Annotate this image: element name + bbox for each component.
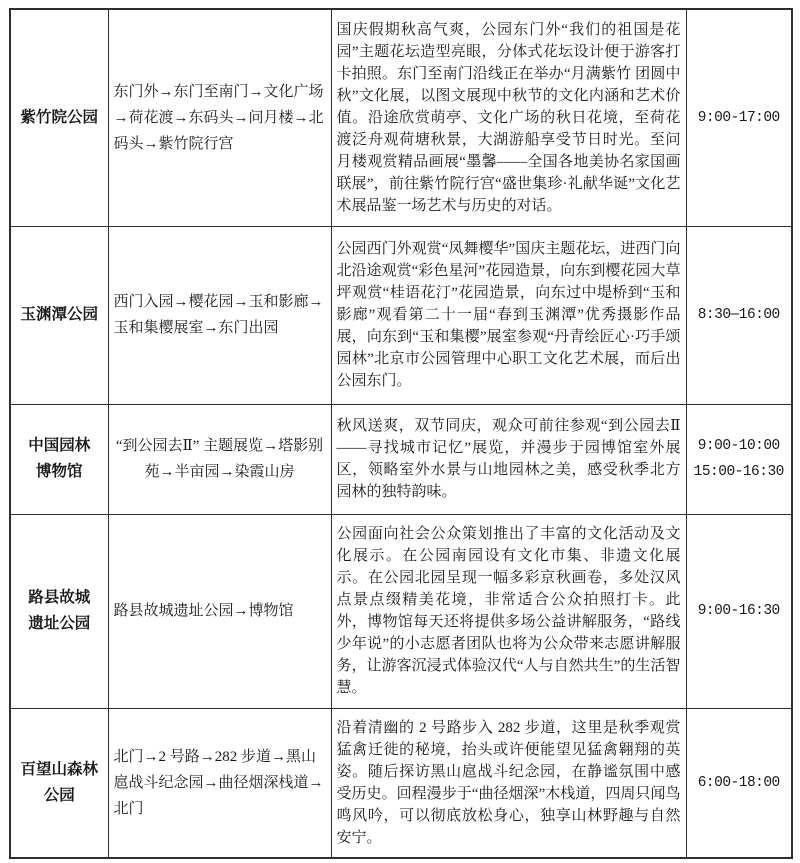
park-name-cell: 百望山森林 公园	[10, 708, 108, 858]
park-name-cell: 紫竹院公园	[10, 9, 108, 226]
table-row: 路县故城 遗址公园 路县故城遗址公园→博物馆 公园面向社会公众策划推出了丰富的文…	[10, 514, 792, 708]
park-name-cell: 中国园林 博物馆	[10, 404, 108, 514]
route-cell: 东门外→东门至南门→文化广场→荷花渡→东码头→问月楼→北码头→紫竹院行宫	[108, 9, 331, 226]
table-row: 百望山森林 公园 北门→2 号路→282 步道→黑山扈战斗纪念园→曲径烟深栈道→…	[10, 708, 792, 858]
park-name-cell: 路县故城 遗址公园	[10, 514, 108, 708]
table-row: 紫竹院公园 东门外→东门至南门→文化广场→荷花渡→东码头→问月楼→北码头→紫竹院…	[10, 9, 792, 226]
route-cell: “到公园去Ⅱ” 主题展览→塔影别苑→半亩园→染霞山房	[108, 404, 331, 514]
route-cell: 路县故城遗址公园→博物馆	[108, 514, 331, 708]
description-cell: 秋风送爽，双节同庆，观众可前往参观“到公园去Ⅱ——寻找城市记忆”展览，并漫步于园…	[331, 404, 686, 514]
parks-schedule-table: 紫竹院公园 东门外→东门至南门→文化广场→荷花渡→东码头→问月楼→北码头→紫竹院…	[9, 8, 793, 859]
time-cell: 9:00-10:00 15:00-16:30	[686, 404, 792, 514]
description-cell: 公园面向社会公众策划推出了丰富的文化活动及文化展示。在公园南园设有文化市集、非遗…	[331, 514, 686, 708]
description-cell: 公园西门外观赏“凤舞樱华”国庆主题花坛，进西门向北沿途观赏“彩色星河”花园造景，…	[331, 226, 686, 404]
route-cell: 西门入园→樱花园→玉和影廊→玉和集樱展室→东门出园	[108, 226, 331, 404]
description-cell: 国庆假期秋高气爽，公园东门外“我们的祖国是花园”主题花坛造型亮眼，分体式花坛设计…	[331, 9, 686, 226]
table-body: 紫竹院公园 东门外→东门至南门→文化广场→荷花渡→东码头→问月楼→北码头→紫竹院…	[10, 9, 792, 858]
time-cell: 9:00-17:00	[686, 9, 792, 226]
time-cell: 8:30—16:00	[686, 226, 792, 404]
time-cell: 6:00-18:00	[686, 708, 792, 858]
park-name-cell: 玉渊潭公园	[10, 226, 108, 404]
table-row: 玉渊潭公园 西门入园→樱花园→玉和影廊→玉和集樱展室→东门出园 公园西门外观赏“…	[10, 226, 792, 404]
table-row: 中国园林 博物馆 “到公园去Ⅱ” 主题展览→塔影别苑→半亩园→染霞山房 秋风送爽…	[10, 404, 792, 514]
description-cell: 沿着清幽的 2 号路步入 282 步道，这里是秋季观赏猛禽迁徙的秘境，抬头或许便…	[331, 708, 686, 858]
route-cell: 北门→2 号路→282 步道→黑山扈战斗纪念园→曲径烟深栈道→北门	[108, 708, 331, 858]
time-cell: 9:00-16:30	[686, 514, 792, 708]
